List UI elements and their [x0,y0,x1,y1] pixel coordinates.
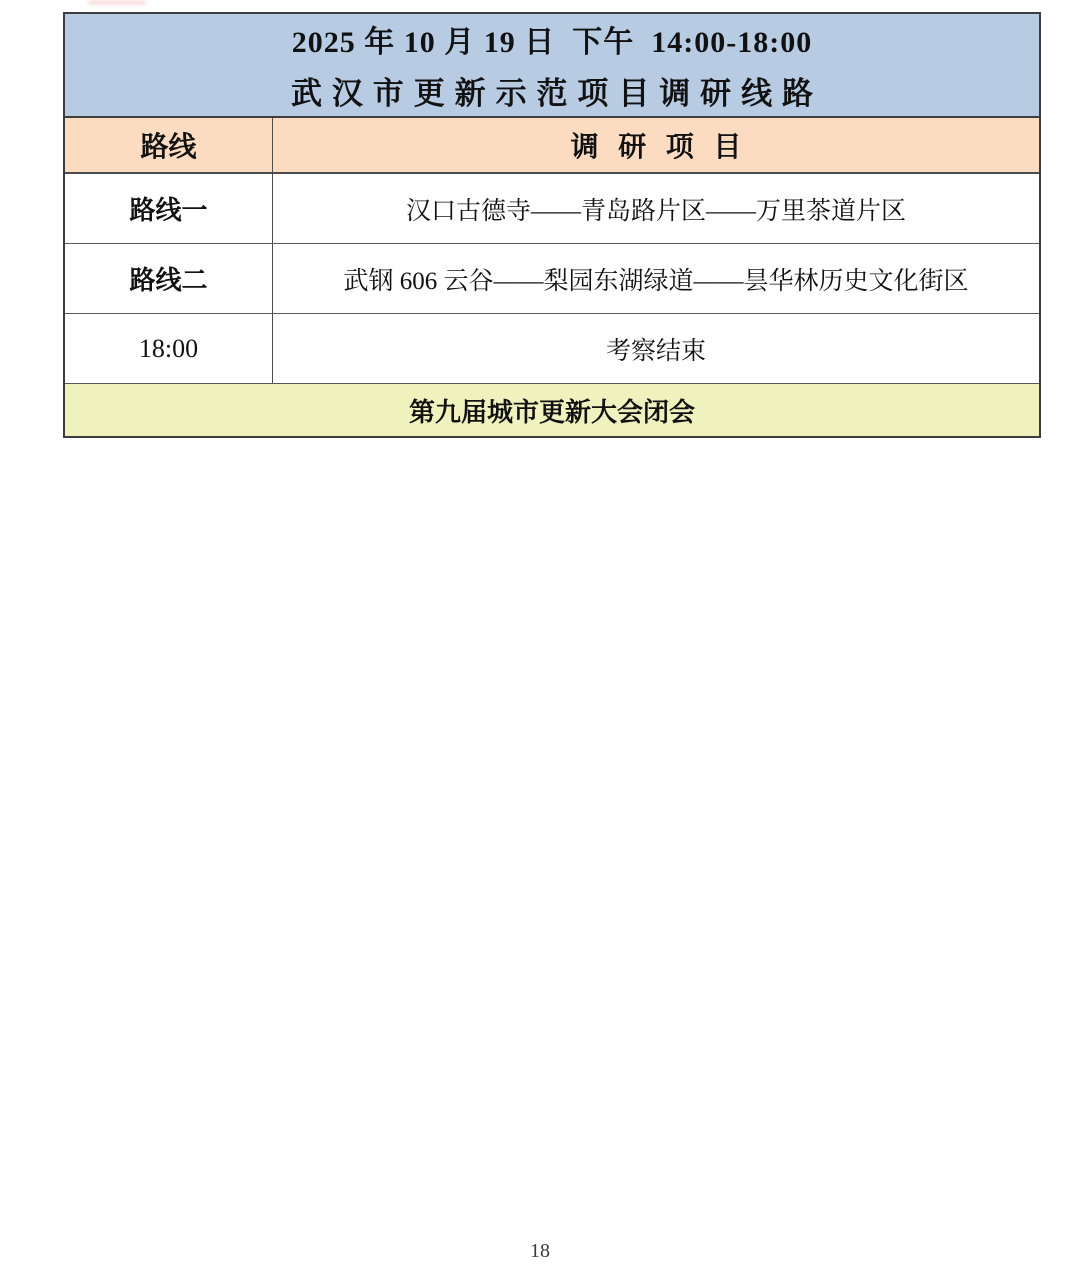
route-label-cell: 路线一 [65,174,273,243]
route-detail-cell: 武钢 606 云谷——梨园东湖绿道——昙华林历史文化街区 [273,244,1039,313]
title-date-time: 2025 年 10 月 19 日 下午 14:00-18:00 [292,17,812,61]
title-name: 武汉市更新示范项目调研线路 [281,68,823,113]
scan-smudge-artifact [88,0,146,5]
table-row-route-1: 路线一 汉口古德寺——青岛路片区——万里茶道片区 [65,174,1039,244]
closing-note-row: 第九届城市更新大会闭会 [65,384,1039,436]
route-detail-cell: 汉口古德寺——青岛路片区——万里茶道片区 [273,174,1039,243]
time-label-cell: 18:00 [65,314,273,383]
document-page: { "page": { "number": "18" }, "schedule"… [0,0,1080,1277]
page-number: 18 [0,1240,1080,1263]
schedule-table: 2025 年 10 月 19 日 下午 14:00-18:00 武汉市更新示范项… [63,12,1041,438]
table-row-end-time: 18:00 考察结束 [65,314,1039,384]
route-label-cell: 路线二 [65,244,273,313]
table-title: 2025 年 10 月 19 日 下午 14:00-18:00 武汉市更新示范项… [65,14,1039,118]
column-header-route: 路线 [65,118,273,172]
column-header-row: 路线 调研项目 [65,118,1039,174]
time-detail-cell: 考察结束 [273,314,1039,383]
table-row-route-2: 路线二 武钢 606 云谷——梨园东湖绿道——昙华林历史文化街区 [65,244,1039,314]
column-header-projects: 调研项目 [273,118,1039,172]
